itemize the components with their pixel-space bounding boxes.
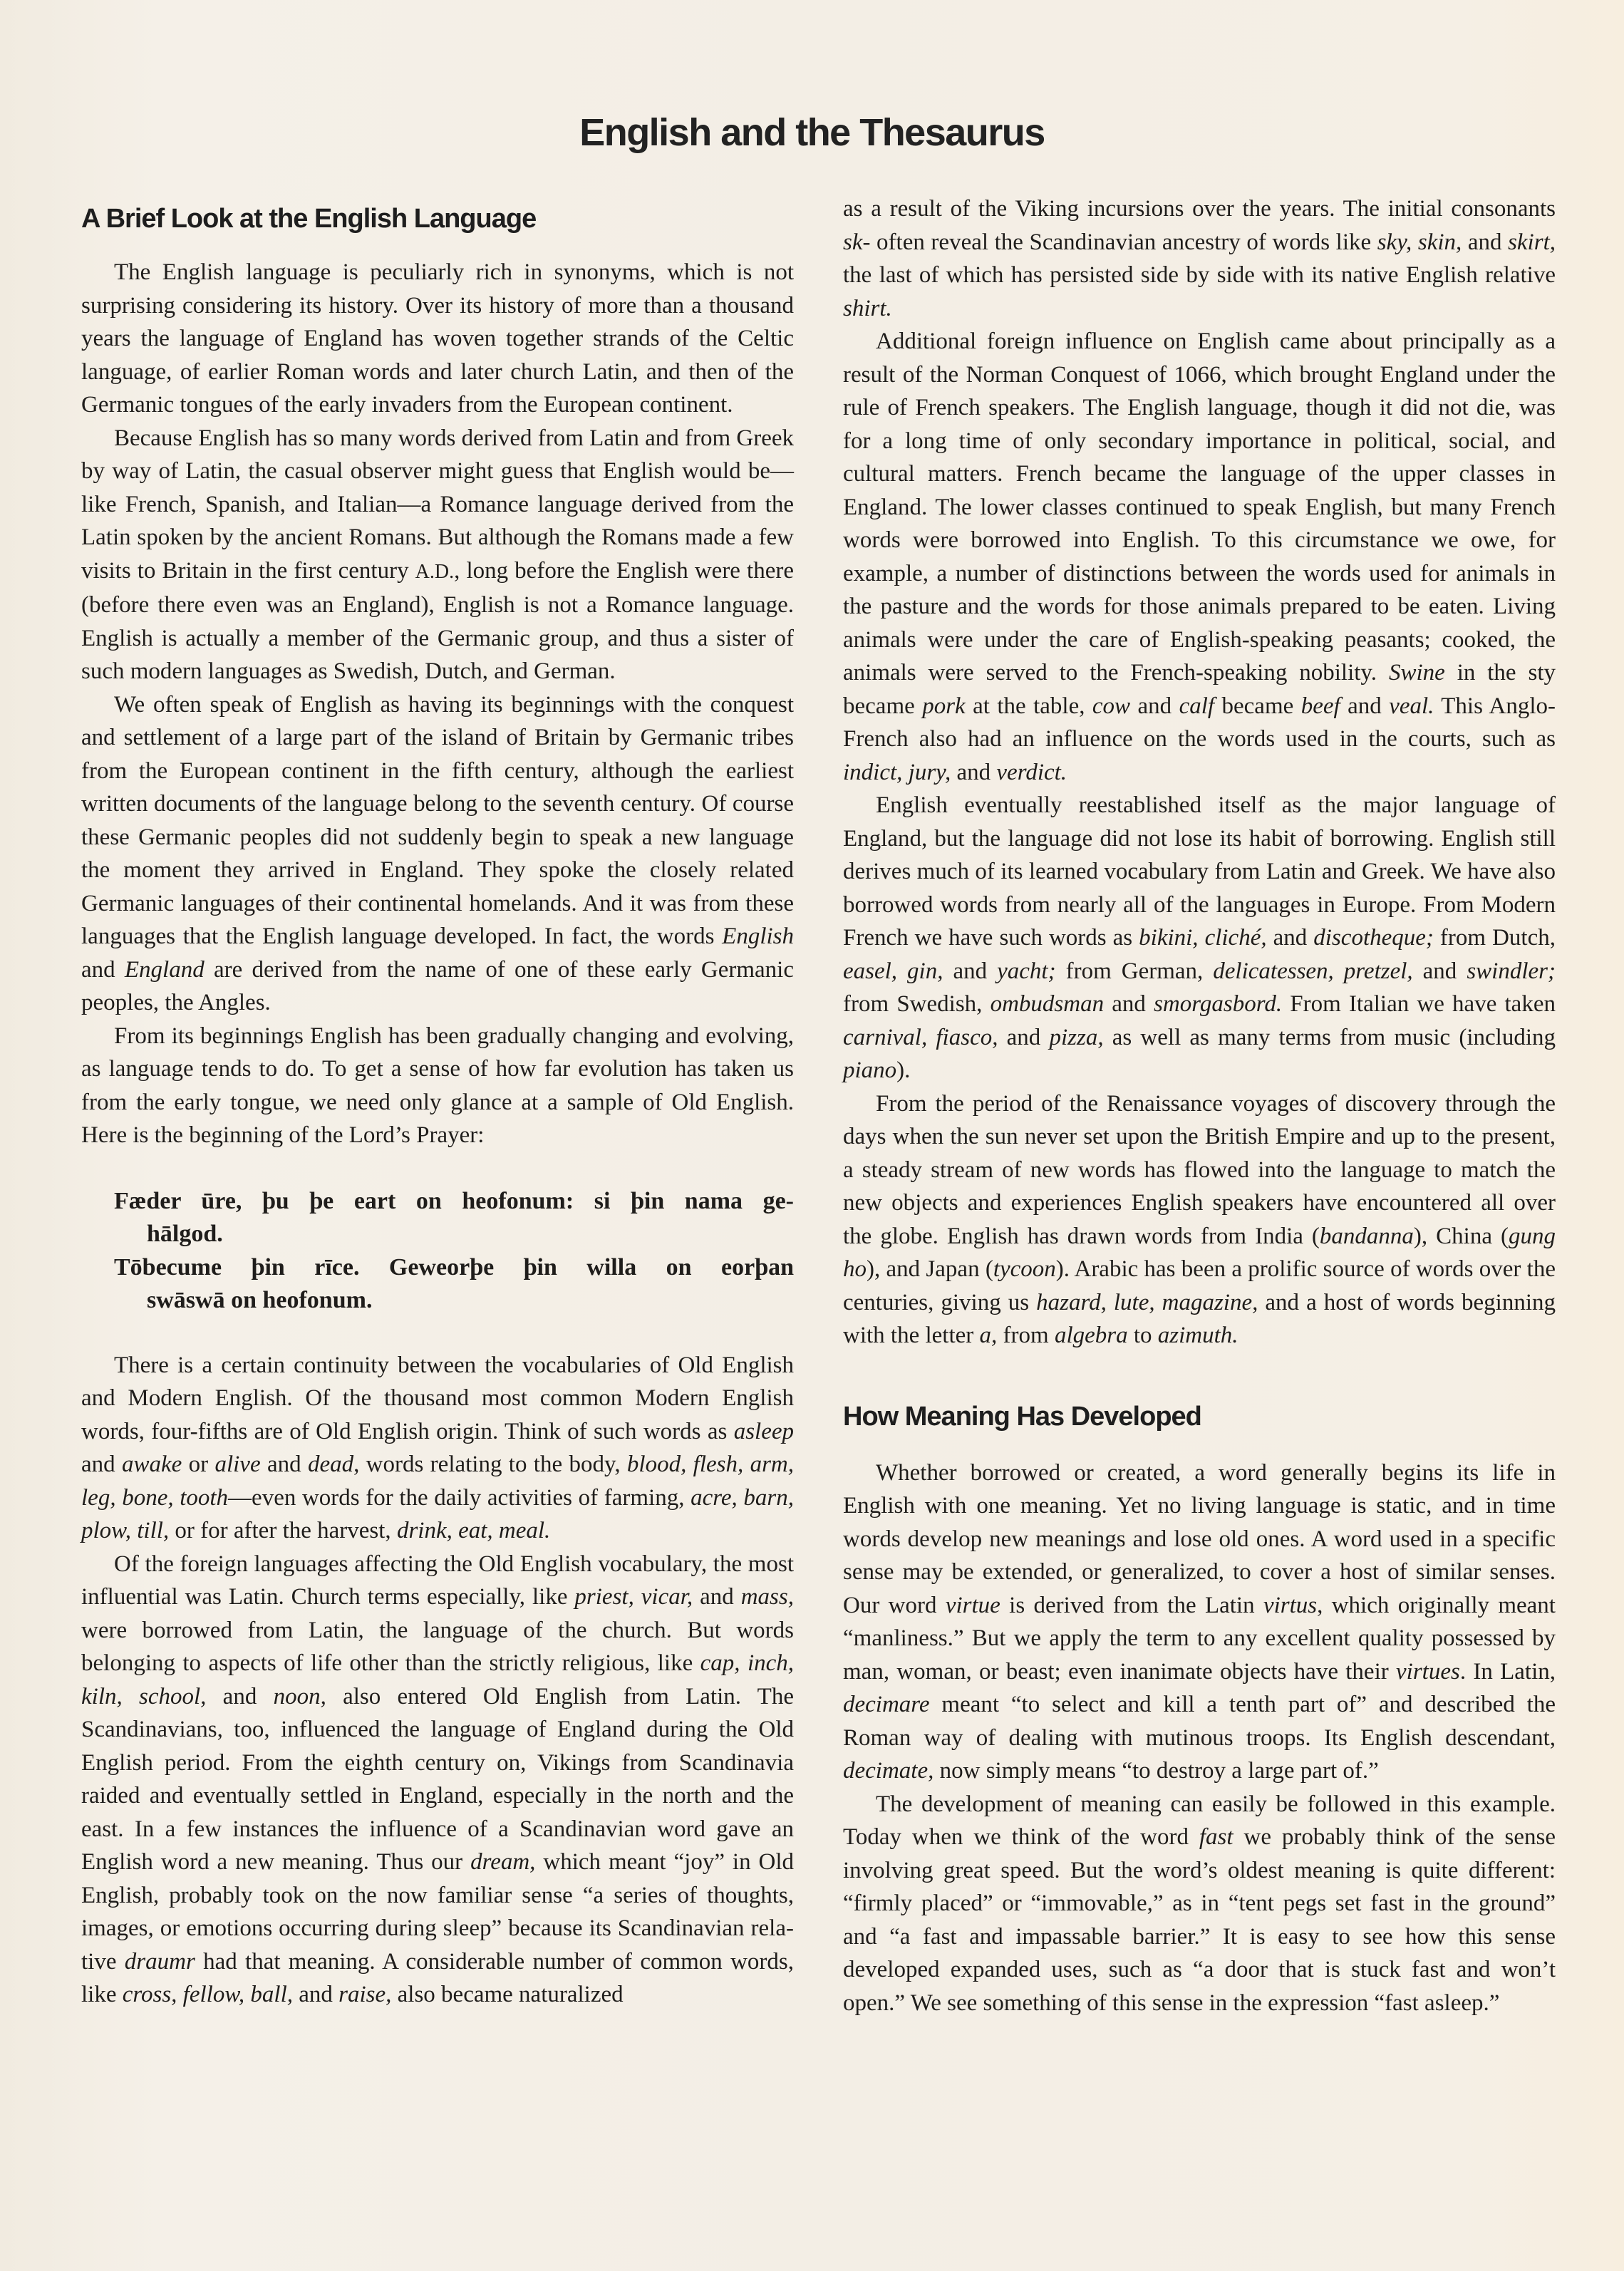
italic-term: English (722, 924, 794, 949)
italic-term: decimate, (843, 1758, 933, 1784)
body-paragraph: Because English has so many words derive… (81, 422, 794, 688)
paragraph-text: and (998, 1025, 1049, 1050)
paragraph-text: The English language is peculiarly rich … (81, 259, 794, 418)
right-paragraphs: as a result of the Viking incursions ove… (843, 192, 1556, 1352)
paragraph-text: From its beginnings English has been gra… (81, 1023, 794, 1149)
italic-term: indict, jury, (843, 760, 951, 785)
italic-term: pork (922, 693, 966, 719)
italic-term: asleep (734, 1419, 794, 1444)
italic-term: noon, (274, 1684, 326, 1709)
verse-line-2: Tōbecume þin rīce. Geweorþe þin willa on… (81, 1251, 794, 1318)
verse-line-1: Fæder ūre, þu þe eart on heofonum: si þi… (81, 1185, 794, 1251)
paragraph-text: ). (896, 1057, 910, 1083)
italic-term: sk- (843, 229, 870, 255)
body-paragraph: English eventually reestablished itself … (843, 789, 1556, 1087)
body-paragraph: as a result of the Viking incursions ove… (843, 192, 1556, 325)
italic-term: mass, (741, 1584, 794, 1610)
italic-term: virtus (1263, 1593, 1317, 1618)
italic-term: hazard, lute, magazine, (1036, 1290, 1258, 1315)
left-paragraphs-after-verse: There is a certain continuity between th… (81, 1349, 794, 2012)
italic-term: ombudsman (991, 991, 1105, 1017)
italic-term: virtues (1396, 1659, 1460, 1685)
section-heading-meaning: How Meaning Has Developed (843, 1400, 1556, 1434)
paragraph-text: the last of which has persisted side by … (843, 262, 1556, 288)
paragraph-text: Additional foreign influence on English … (843, 329, 1556, 686)
italic-term: algebra (1055, 1323, 1128, 1348)
italic-term: cow (1092, 693, 1130, 719)
old-english-lords-prayer: Fæder ūre, þu þe eart on heofonum: si þi… (81, 1185, 794, 1318)
italic-term: beef (1301, 693, 1340, 719)
paragraph-text: and (81, 957, 125, 983)
italic-term: bandanna (1320, 1224, 1414, 1249)
paragraph-text: We often speak of English as having its … (81, 692, 794, 950)
paragraph-text: and (1130, 693, 1179, 719)
italic-term: bikini, cliché, (1139, 925, 1266, 951)
body-paragraph: From the period of the Renaissance voyag… (843, 1087, 1556, 1352)
italic-term: draumr (125, 1949, 195, 1975)
paragraph-text: from (997, 1323, 1055, 1348)
body-paragraph: We often speak of English as having its … (81, 688, 794, 1020)
paragraph-text: from Dutch, (1434, 925, 1556, 951)
italic-term: dream, (470, 1849, 535, 1875)
paragraph-text: also entered Old English from Latin. The… (81, 1684, 794, 1876)
paragraph-text: and (206, 1684, 273, 1709)
document-page: English and the Thesaurus A Brief Look a… (0, 0, 1624, 2271)
italic-term: cross, fellow, ball, (123, 1982, 293, 2007)
body-paragraph: Additional foreign influence on English … (843, 325, 1556, 789)
italic-term: azimuth. (1158, 1323, 1238, 1348)
page-title: English and the Thesaurus (0, 110, 1624, 155)
italic-term: priest, vicar, (574, 1584, 693, 1610)
italic-term: piano (843, 1057, 896, 1083)
paragraph-text: From Italian we have taken (1282, 991, 1556, 1017)
paragraph-text: and (81, 1452, 122, 1477)
paragraph-text: and (1104, 991, 1154, 1017)
paragraph-text: and (951, 760, 996, 785)
paragraph-text: and (943, 958, 997, 984)
italic-term: carni­val, fiasco, (843, 1025, 998, 1050)
paragraph-text: There is a certain continuity between th… (81, 1352, 794, 1444)
section-heading-brief-look: A Brief Look at the English Language (81, 202, 794, 236)
paragraph-text: ), China ( (1414, 1224, 1509, 1249)
italic-term: awake (122, 1452, 182, 1477)
paragraph-text: , words relating to the body, (353, 1452, 627, 1477)
paragraph-text: were borrowed from Latin, the language o… (81, 1618, 794, 1677)
paragraph-text: is derived from the Latin (1000, 1593, 1263, 1618)
italic-term: fast (1199, 1824, 1233, 1850)
paragraph-text: and (1267, 925, 1314, 951)
verse-line-2-continuation: swāswā on heofonum. (114, 1284, 794, 1318)
verse-line-2-text: Tōbecume þin rīce. Geweorþe þin willa on… (114, 1251, 794, 1285)
paragraph-text: we probably think of the sense involving… (843, 1824, 1556, 2016)
italic-term: veal. (1389, 693, 1434, 719)
italic-term: Swine (1389, 660, 1445, 686)
italic-term: delicatessen, pretzel, (1213, 958, 1412, 984)
italic-term: calf (1179, 693, 1214, 719)
italic-term: tycoon (993, 1256, 1056, 1282)
paragraph-text: . In Latin, (1460, 1659, 1556, 1685)
paragraph-text: became (1214, 693, 1301, 719)
body-paragraph: Of the foreign languages affecting the O… (81, 1548, 794, 2012)
italic-term: easel, gin, (843, 958, 943, 984)
paragraph-text: from German, (1056, 958, 1214, 984)
body-paragraph: Whether borrowed or created, a word gene… (843, 1457, 1556, 1788)
verse-line-1-continuation: hālgod. (114, 1218, 794, 1251)
paragraph-text: often reveal the Scandinavian ancestry o… (870, 229, 1377, 255)
italic-term: pizza, (1049, 1025, 1103, 1050)
paragraph-text: and (261, 1452, 308, 1477)
small-caps-text: A.D. (415, 561, 454, 583)
paragraph-text: as well as many terms from music (includ… (1104, 1025, 1556, 1050)
italic-term: a, (980, 1323, 998, 1348)
paragraph-text: now simply means “to destroy a large par… (933, 1758, 1378, 1784)
italic-term: skirt, (1508, 229, 1556, 255)
italic-term: drink, eat, meal. (397, 1518, 550, 1543)
paragraph-text: also became naturalized (391, 1982, 623, 2007)
verse-line-1-text: Fæder ūre, þu þe eart on heofonum: si þi… (114, 1185, 794, 1219)
paragraph-text: ), and Japan ( (867, 1256, 993, 1282)
italic-term: virtue (946, 1593, 1000, 1618)
italic-term: sky, skin, (1377, 229, 1462, 255)
body-paragraph: The development of meaning can easily be… (843, 1788, 1556, 2020)
paragraph-text: and (293, 1982, 338, 2007)
left-column: A Brief Look at the English Language The… (81, 202, 794, 2012)
italic-term: raise, (338, 1982, 391, 2007)
paragraph-text: and (693, 1584, 741, 1610)
italic-term: smorgasbord. (1154, 991, 1282, 1017)
paragraph-text: to (1128, 1323, 1158, 1348)
paragraph-text: or (182, 1452, 214, 1477)
italic-term: alive (214, 1452, 260, 1477)
italic-term: discotheque; (1313, 925, 1434, 951)
body-paragraph: The English language is peculiarly rich … (81, 256, 794, 422)
right-paragraphs-after-heading: Whether borrowed or created, a word gene… (843, 1457, 1556, 2020)
paragraph-text: and (1340, 693, 1390, 719)
body-paragraph: There is a certain continuity between th… (81, 1349, 794, 1548)
italic-term: yacht; (997, 958, 1055, 984)
italic-term: England (125, 957, 205, 983)
right-column: as a result of the Viking incursions ove… (843, 192, 1556, 2019)
paragraph-text: at the table, (966, 693, 1092, 719)
paragraph-text: meant “to select and kill a tenth part o… (843, 1692, 1556, 1751)
paragraph-text: or for after the har­vest, (169, 1518, 397, 1543)
paragraph-text: and (1462, 229, 1508, 255)
paragraph-text: as a result of the Viking incursions ove… (843, 196, 1556, 222)
italic-term: decimare (843, 1692, 930, 1717)
paragraph-text: —even words for the daily activities of … (228, 1485, 691, 1511)
paragraph-text: and (1413, 958, 1467, 984)
paragraph-text: from Swedish, (843, 991, 991, 1017)
italic-term: shirt. (843, 296, 892, 321)
body-paragraph: From its beginnings English has been gra… (81, 1020, 794, 1152)
italic-term: dead (308, 1452, 353, 1477)
italic-term: swindler; (1467, 958, 1556, 984)
italic-term: verdict. (996, 760, 1067, 785)
left-paragraphs: The English language is peculiarly rich … (81, 256, 794, 1152)
